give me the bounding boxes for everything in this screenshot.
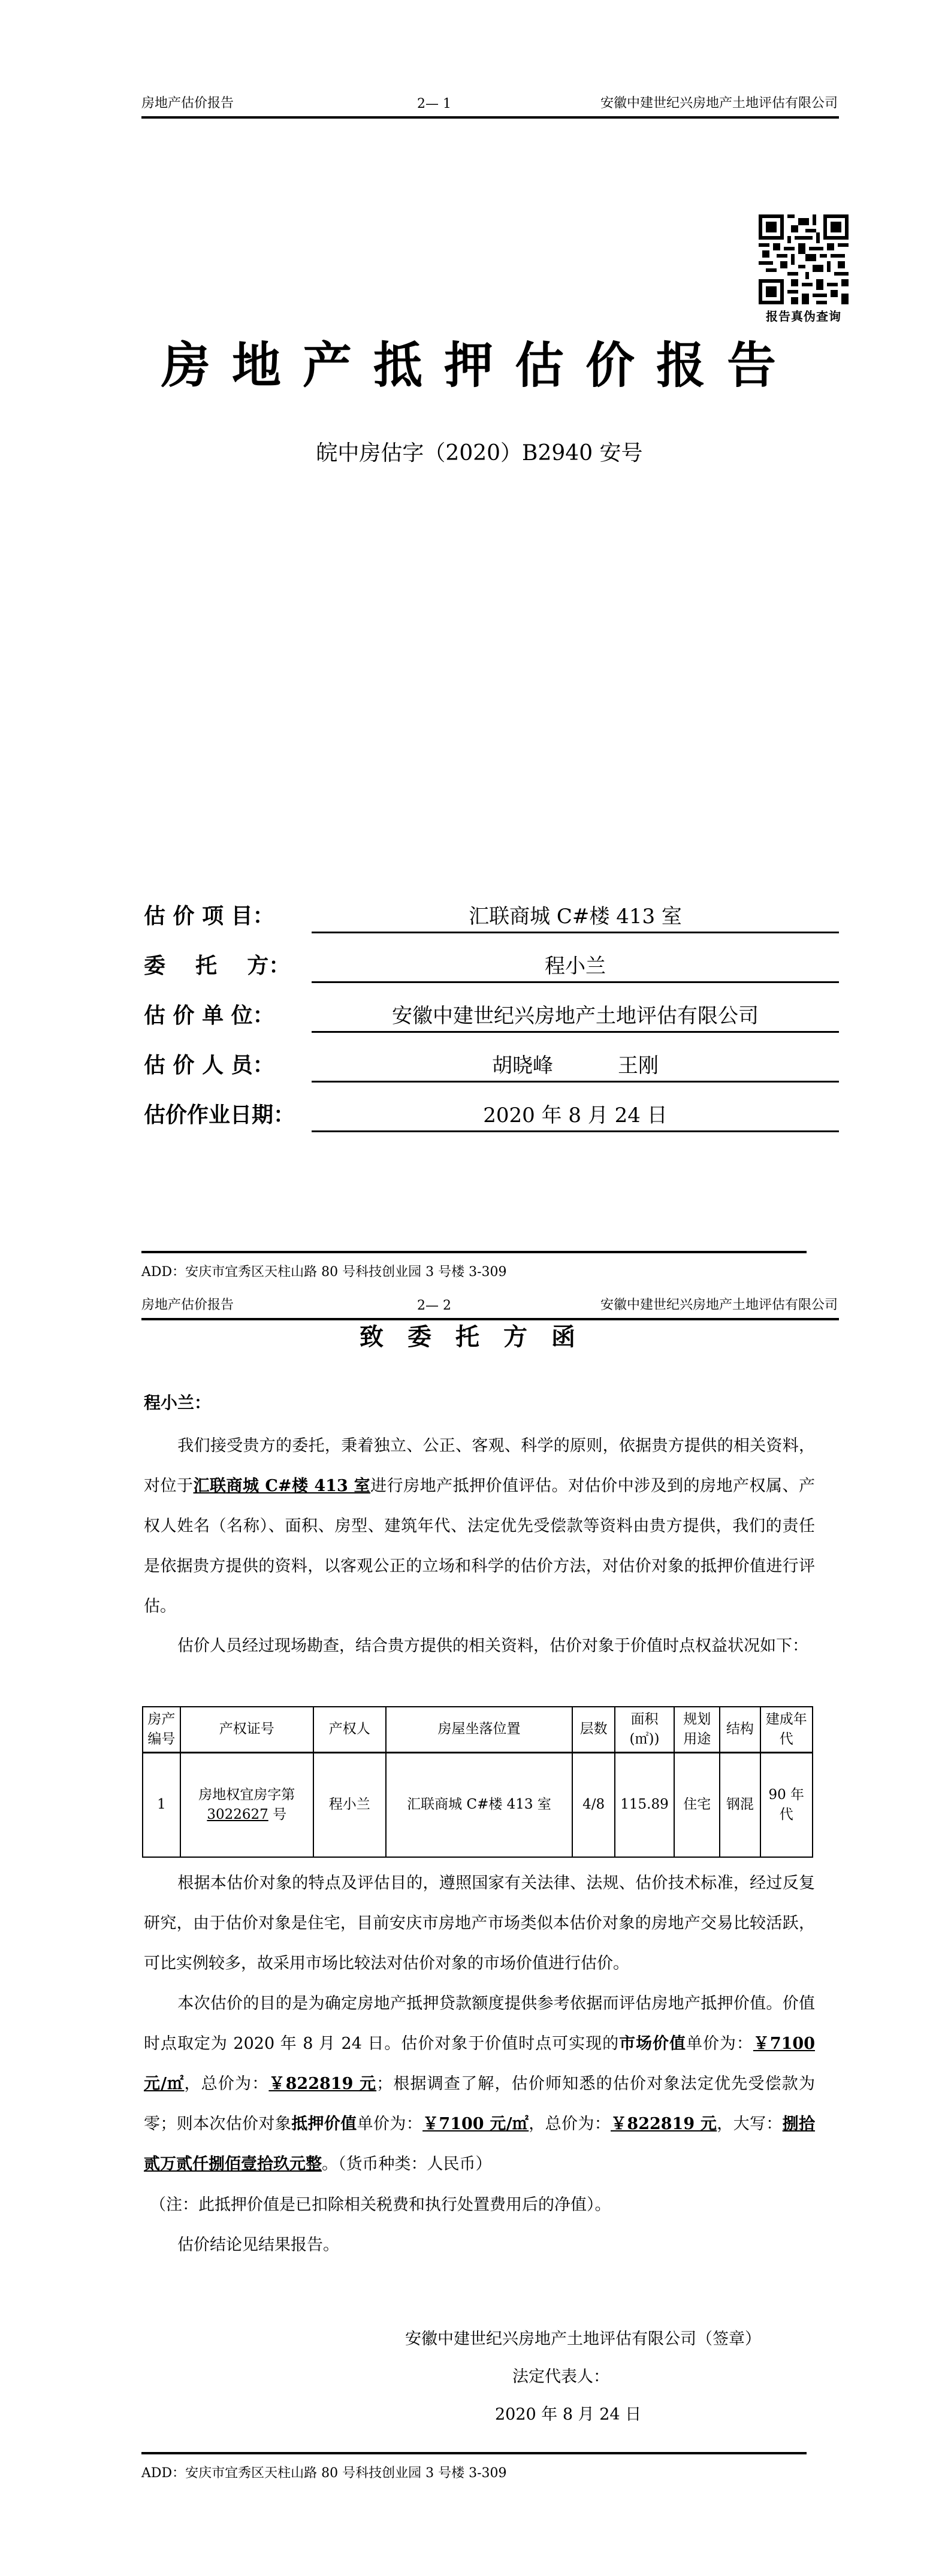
header-report-type: 房地产估价报告 — [141, 93, 234, 111]
paragraph-conclusion: 估价结论见结果报告。 — [177, 2225, 849, 2265]
qr-caption: 报告真伪查询 — [759, 307, 849, 324]
col-header-location: 房屋坐落位置 — [386, 1707, 573, 1752]
info-label: 委 托 方： — [144, 949, 290, 979]
property-address: 汇联商城 C#楼 413 室 — [194, 1477, 371, 1495]
footer-address: ADD：安庆市宜秀区天柱山路 80 号科技创业园 3 号楼 3-309 — [141, 2463, 507, 2481]
info-value-unit: 安徽中建世纪兴房地产土地评估有限公司 — [312, 999, 839, 1029]
info-row-date: 估价作业日期： 2020 年 8 月 24 日 — [144, 1099, 839, 1135]
report-title: 房地产抵押估价报告 — [138, 326, 821, 397]
info-label: 估 价 人 员： — [144, 1048, 274, 1079]
info-value-appraisers: 胡晓峰 王刚 — [312, 1049, 839, 1078]
signature-company: 安徽中建世纪兴房地产土地评估有限公司（签章） — [405, 2326, 761, 2349]
info-label: 估价作业日期： — [144, 1098, 295, 1129]
salutation: 程小兰： — [144, 1390, 211, 1414]
info-label: 估 价 单 位： — [144, 999, 274, 1029]
col-header-cert: 产权证号 — [180, 1707, 313, 1752]
info-value-client: 程小兰 — [312, 950, 839, 979]
info-row-appraiser-unit: 估 价 单 位： 安徽中建世纪兴房地产土地评估有限公司 — [144, 999, 839, 1035]
paragraph-engagement: 我们接受贵方的委托，秉着独立、公正、客观、科学的原则，依据贵方提供的相关资料，对… — [144, 1426, 815, 1626]
signature-legal-rep: 法定代表人： — [512, 2363, 609, 2387]
page1-footer: ADD：安庆市宜秀区天柱山路 80 号科技创业园 3 号楼 3-309 — [141, 1251, 807, 1253]
info-row-client: 委 托 方： 程小兰 — [144, 950, 839, 985]
page2-footer: ADD：安庆市宜秀区天柱山路 80 号科技创业园 3 号楼 3-309 — [141, 2452, 807, 2454]
info-label: 估 价 项 目： — [144, 899, 274, 930]
property-table: 房产编号 产权证号 产权人 房屋坐落位置 层数 面积(㎡)) 规划用途 结构 建… — [142, 1706, 813, 1858]
col-header-floors: 层数 — [572, 1707, 615, 1752]
paragraph-method: 根据本估价对象的特点及评估目的，遵照国家有关法律、法规、估价技术标准，经过反复研… — [144, 1863, 815, 1984]
header-company: 安徽中建世纪兴房地产土地评估有限公司 — [600, 93, 838, 111]
header-page-number: 2— 2 — [417, 1298, 451, 1313]
col-header-area: 面积(㎡)) — [615, 1707, 674, 1752]
paragraph-note: （注：此抵押价值是已扣除相关税费和执行处置费用后的净值）。 — [150, 2185, 821, 2225]
col-header-id: 房产编号 — [143, 1707, 180, 1752]
mortgage-total-price: ￥822819 元 — [611, 2115, 717, 2133]
col-header-use: 规划用途 — [674, 1707, 720, 1752]
signature-date: 2020 年 8 月 24 日 — [495, 2401, 641, 2424]
col-header-year: 建成年代 — [760, 1707, 813, 1752]
header-report-type: 房地产估价报告 — [141, 1295, 234, 1313]
footer-address: ADD：安庆市宜秀区天柱山路 80 号科技创业园 3 号楼 3-309 — [141, 1262, 507, 1280]
col-header-owner: 产权人 — [313, 1707, 386, 1752]
qr-code-icon — [759, 214, 849, 304]
letter-title: 致委托方函 — [120, 1318, 839, 1352]
header-company: 安徽中建世纪兴房地产土地评估有限公司 — [600, 1295, 838, 1313]
page1-header: 房地产估价报告 2— 1 安徽中建世纪兴房地产土地评估有限公司 — [141, 80, 839, 119]
page2-header: 房地产估价报告 2— 2 安徽中建世纪兴房地产土地评估有限公司 — [141, 1282, 839, 1320]
cert-number-cell: 房地权宜房字第 3022627 号 — [180, 1752, 313, 1857]
market-total-price: ￥822819 元 — [268, 2075, 376, 2093]
paragraph-inspection: 估价人员经过现场勘查，结合贵方提供的相关资料，估价对象于价值时点权益状况如下： — [144, 1626, 815, 1666]
paragraph-valuation: 本次估价的目的是为确定房地产抵押贷款额度提供参考依据而评估房地产抵押价值。价值时… — [144, 1984, 815, 2184]
info-row-project: 估 价 项 目： 汇联商城 C#楼 413 室 — [144, 900, 839, 936]
table-row: 1 房地权宜房字第 3022627 号 程小兰 汇联商城 C#楼 413 室 4… — [143, 1752, 813, 1857]
mortgage-unit-price: ￥7100 元/㎡ — [422, 2115, 529, 2133]
info-row-appraisers: 估 价 人 员： 胡晓峰 王刚 — [144, 1049, 839, 1085]
header-page-number: 2— 1 — [417, 96, 451, 111]
col-header-structure: 结构 — [720, 1707, 760, 1752]
report-number: 皖中房估字（2020）B2940 安号 — [120, 436, 839, 467]
info-value-date: 2020 年 8 月 24 日 — [312, 1099, 839, 1128]
info-value-project: 汇联商城 C#楼 413 室 — [312, 900, 839, 929]
